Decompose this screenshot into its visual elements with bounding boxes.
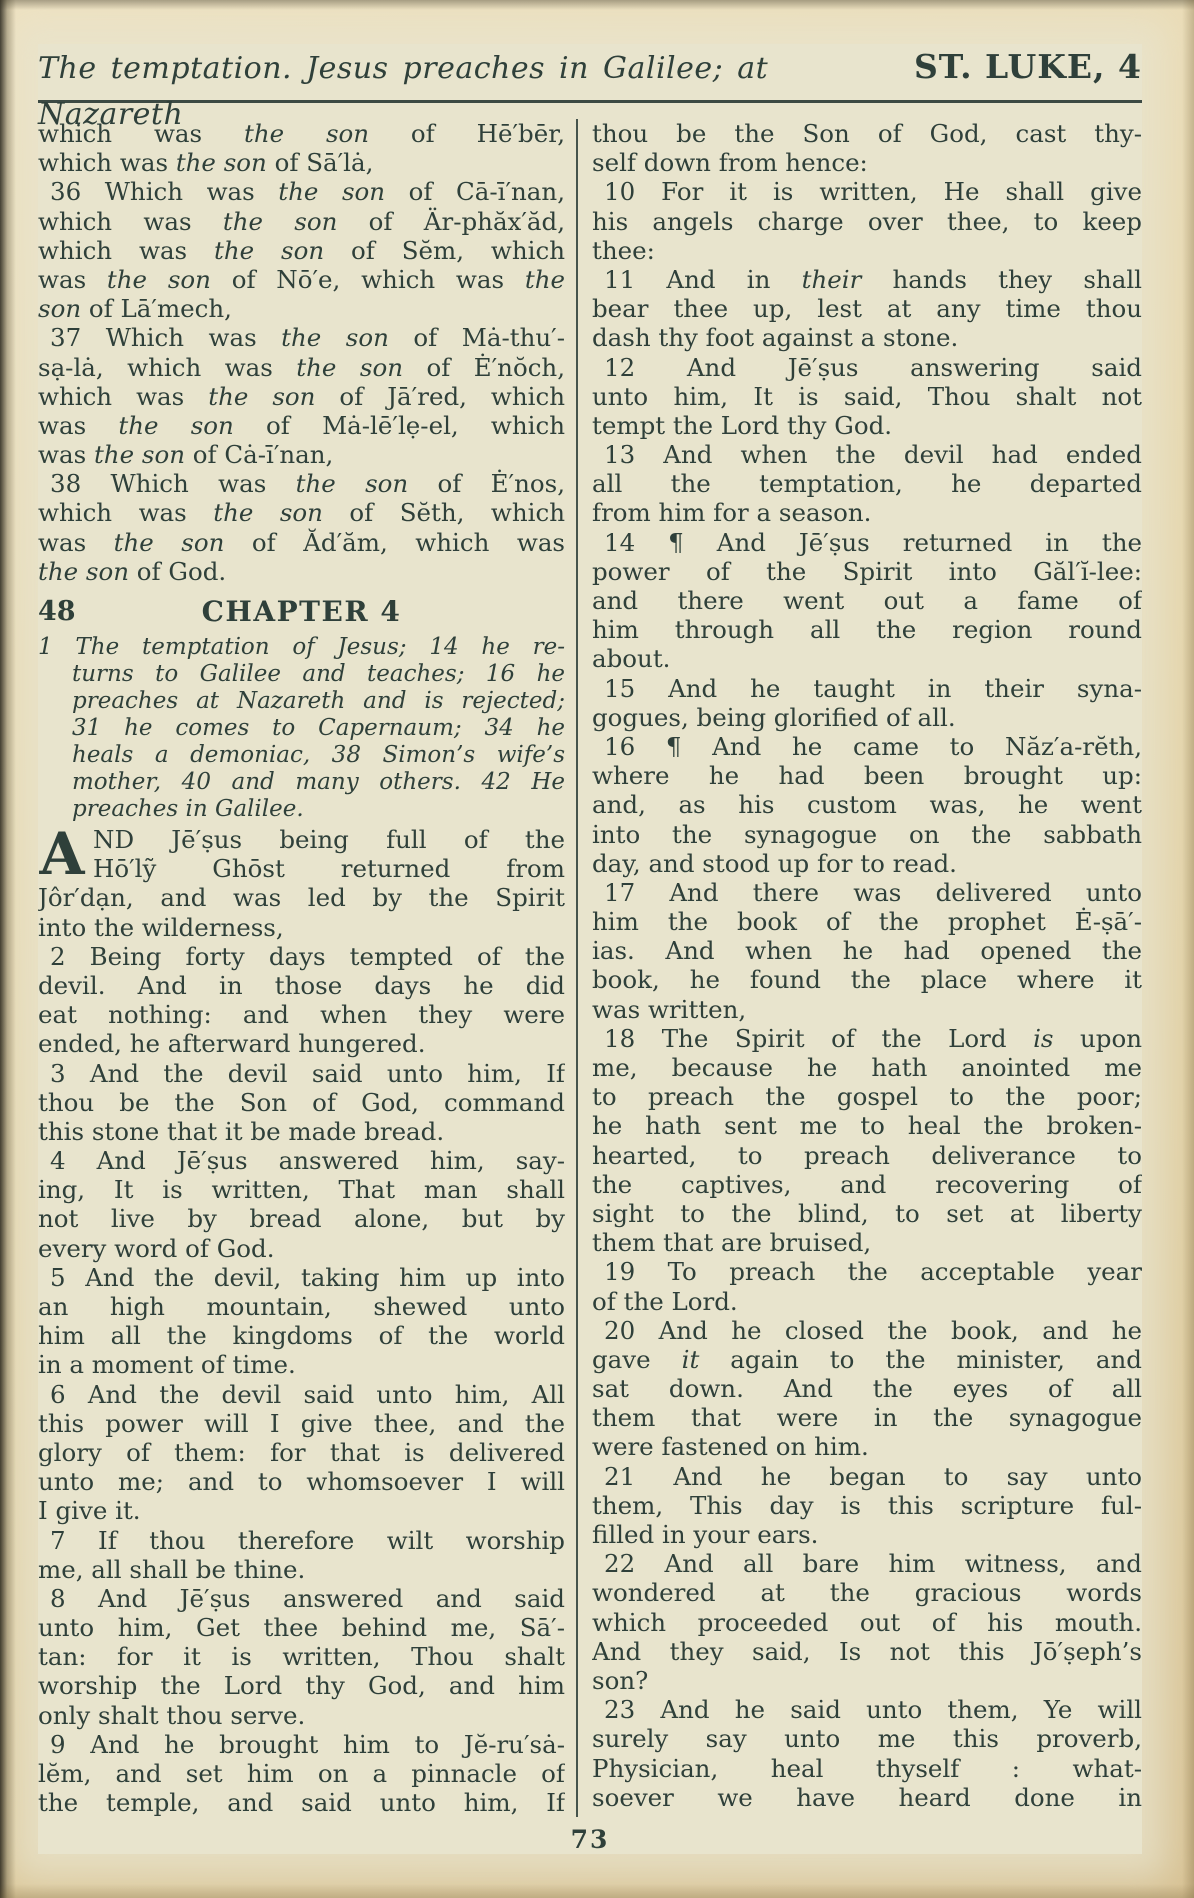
verse-text-line: 15 And he taught in their syna- [592, 674, 1142, 703]
chapter-page-marker: 48 [38, 592, 76, 632]
verse-text-line: 10 For it is written, He shall give [592, 177, 1142, 206]
verse-text-line: hearted, to preach deliverance to [592, 1141, 1142, 1170]
verse-text-line: to preach the gospel to the poor; [592, 1082, 1142, 1111]
verse-text-line: was the son of Cȧ-ī′nan, [38, 440, 565, 469]
verse-text-line: which proceeded out of his mouth. [592, 1608, 1142, 1637]
verse-text-line: 5 And the devil, taking him up into [38, 1263, 565, 1292]
verse-text-line: into the synagogue on the sabbath [592, 820, 1142, 849]
summary-line: 31 he comes to Capernaum; 34 he [38, 715, 565, 742]
verse-text-line: him the book of the prophet Ė-ṣā′- [592, 907, 1142, 936]
summary-line: preaches at Nazareth and is rejected; [38, 688, 565, 715]
verse-text-line: eat nothing: and when they were [38, 1000, 565, 1029]
verse-paragraph: 7 If thou therefore wilt worshipme, all … [38, 1526, 565, 1584]
verse-text-line: unto me; and to whomsoever I will [38, 1467, 565, 1496]
verse-text-line: Hō′lỹ Ghōst returned from [93, 854, 565, 883]
verse-text-line: surely say unto me this proverb, [592, 1724, 1142, 1753]
verse-text-line: from him for a season. [592, 498, 1142, 527]
verse-text-line: 22 And all bare him witness, and [592, 1549, 1142, 1578]
two-column-text: which was the son of Hē′bēr,which was th… [38, 119, 1142, 1817]
verse-text-line: thou be the Son of God, command [38, 1088, 565, 1117]
verse-text-line: 4 And Jē′ṣus answered him, say- [38, 1146, 565, 1175]
scanned-bible-page: The temptation. Jesus preaches in Galile… [0, 0, 1194, 1898]
verse-text-line: every word of God. [38, 1234, 565, 1263]
verse-text-line: gogues, being glorified of all. [592, 703, 1142, 732]
verse-text-line: filled in your ears. [592, 1520, 1142, 1549]
book-chapter-reference: ST. LUKE, 4 [914, 44, 1142, 90]
verse-text-line: of the Lord. [592, 1287, 1142, 1316]
verse-text-line: which was the son of Sā′lȧ, [38, 148, 565, 177]
summary-line: 1 The temptation of Jesus; 14 he re- [38, 634, 565, 661]
verse-text-line: this power will I give thee, and the [38, 1409, 565, 1438]
verse-text-line: 19 To preach the acceptable year [592, 1257, 1142, 1286]
verse-paragraph: 9 And he brought him to Jĕ-ru′sȧ-lĕm, an… [38, 1730, 565, 1818]
summary-line: preaches in Galilee. [38, 796, 565, 823]
summary-line: turns to Galilee and teaches; 16 he [38, 661, 565, 688]
verse-paragraph: 20 And he closed the book, and hegave it… [592, 1316, 1142, 1462]
verse-text-line: this stone that it be made bread. [38, 1117, 565, 1146]
verse-text-line: self down from hence: [592, 148, 1142, 177]
verse-text-line: wondered at the gracious words [592, 1578, 1142, 1607]
verse-paragraph: 21 And he began to say untothem, This da… [592, 1462, 1142, 1550]
verse-text-line: 2 Being forty days tempted of the [38, 942, 565, 971]
left-column: which was the son of Hē′bēr,which was th… [38, 119, 578, 1817]
verse-text-line: soever we have heard done in [592, 1783, 1142, 1812]
verse-text-line: book, he found the place where it [592, 965, 1142, 994]
verse-paragraph: 8 And Jē′ṣus answered and saidunto him, … [38, 1584, 565, 1730]
verse-paragraph: 37 Which was the son of Mȧ-thu′-sạ-lȧ, w… [38, 323, 565, 469]
verse-text-line: 12 And Jē′ṣus answering said [592, 353, 1142, 382]
verse-text-line: which was the son of Är-phăx′ăd, [38, 207, 565, 236]
chapter-title: CHAPTER 4 [38, 592, 565, 632]
verse-text-line: 18 The Spirit of the Lord is upon [592, 1024, 1142, 1053]
verse-text-line: dash thy foot against a stone. [592, 323, 1142, 352]
verse-text-line: unto him, It is said, Thou shalt not [592, 382, 1142, 411]
verse-text-line: him through all the region round [592, 615, 1142, 644]
verse-text-line: which was the son of Jā′red, which [38, 382, 565, 411]
verse-text-line: his angels charge over thee, to keep [592, 207, 1142, 236]
verse-text-line: son? [592, 1666, 1142, 1695]
verse-text-line: 37 Which was the son of Mȧ-thu′- [38, 323, 565, 352]
verse-text-line: 21 And he began to say unto [592, 1462, 1142, 1491]
scan-edge-left [0, 0, 16, 1898]
verse-paragraph: 38 Which was the son of Ė′nos,which was … [38, 469, 565, 586]
verse-text-line: 8 And Jē′ṣus answered and said [38, 1584, 565, 1613]
verse-text-line: 3 And the devil said unto him, If [38, 1059, 565, 1088]
verse-text-line: 14 ¶ And Jē′ṣus returned in the [592, 528, 1142, 557]
verse-text-line: 20 And he closed the book, and he [592, 1316, 1142, 1345]
verse-text-line: the son of God. [38, 557, 565, 586]
verse-text-line: I give it. [38, 1496, 565, 1525]
summary-line: mother, 40 and many others. 42 He [38, 769, 565, 796]
verse-paragraph: 15 And he taught in their syna-gogues, b… [592, 674, 1142, 732]
verse-text-line: 36 Which was the son of Cā-ī′nan, [38, 177, 565, 206]
verse-paragraph: 17 And there was delivered untohim the b… [592, 878, 1142, 1024]
verse-text-line: into the wilderness, [38, 913, 565, 942]
text-block: The temptation. Jesus preaches in Galile… [38, 44, 1142, 1854]
verse-text-line: me, because he hath anointed me [592, 1053, 1142, 1082]
verse-paragraph: 23 And he said unto them, Ye willsurely … [592, 1695, 1142, 1812]
verse-paragraph: 10 For it is written, He shall givehis a… [592, 177, 1142, 265]
verse-text-line: Jôr′dạn, and was led by the Spirit [38, 883, 565, 912]
verse-text-line: the temple, and said unto him, If [38, 1788, 565, 1817]
verse-text-line: 9 And he brought him to Jĕ-ru′sȧ- [38, 1730, 565, 1759]
verse-text-line: ias. And when he had opened the [592, 936, 1142, 965]
verse-text-line: day, and stood up for to read. [592, 849, 1142, 878]
verse-text-line: worship the Lord thy God, and him [38, 1671, 565, 1700]
verse-text-line: 7 If thou therefore wilt worship [38, 1526, 565, 1555]
verse-paragraph: 14 ¶ And Jē′ṣus returned in thepower of … [592, 528, 1142, 674]
drop-cap-letter: A [38, 827, 86, 883]
verse-text-line: them that were in the synagogue [592, 1403, 1142, 1432]
verse-text-line: 11 And in their hands they shall [592, 265, 1142, 294]
verse-text-line: son of Lā′mech, [38, 294, 565, 323]
verse-text-line: an high mountain, shewed unto [38, 1292, 565, 1321]
verse-text-line: and there went out a fame of [592, 586, 1142, 615]
verse-text-line: thee: [592, 236, 1142, 265]
verse-text-line: were fastened on him. [592, 1432, 1142, 1461]
verse-text-line: sạ-lȧ, which was the son of Ė′nŏch, [38, 353, 565, 382]
verse-text-line: ended, he afterward hungered. [38, 1029, 565, 1058]
verse-text-line: tan: for it is written, Thou shalt [38, 1642, 565, 1671]
verse-text-line: devil. And in those days he did [38, 971, 565, 1000]
scan-edge-right [1182, 0, 1194, 1898]
verse-text-line: me, all shall be thine. [38, 1555, 565, 1584]
verse-text-line: 17 And there was delivered unto [592, 878, 1142, 907]
verse-text-line: ing, It is written, That man shall [38, 1175, 565, 1204]
verse-paragraph: 19 To preach the acceptable yearof the L… [592, 1257, 1142, 1315]
verse-paragraph: AND Jē′ṣus being full of theHō′lỹ Ghōst … [38, 825, 565, 942]
verse-text-line: was the son of Nō′e, which was the [38, 265, 565, 294]
verse-text-line: glory of them: for that is delivered [38, 1438, 565, 1467]
verse-paragraph: 18 The Spirit of the Lord is uponme, bec… [592, 1024, 1142, 1258]
verse-paragraph: 5 And the devil, taking him up intoan hi… [38, 1263, 565, 1380]
verse-text-line: gave it again to the minister, and [592, 1345, 1142, 1374]
verse-text-line: was the son of Mȧ-lē′lẹ-el, which [38, 411, 565, 440]
verse-text-line: was written, [592, 995, 1142, 1024]
verse-paragraph: thou be the Son of God, cast thy-self do… [592, 119, 1142, 177]
chapter-summary: 1 The temptation of Jesus; 14 he re-turn… [38, 634, 565, 823]
chapter-heading: 48CHAPTER 4 [38, 592, 565, 632]
verse-paragraph: which was the son of Hē′bēr,which was th… [38, 119, 565, 177]
verse-text-line: sat down. And the eyes of all [592, 1374, 1142, 1403]
verse-text-line: Physician, heal thyself : what- [592, 1754, 1142, 1783]
verse-paragraph: 13 And when the devil had endedall the t… [592, 440, 1142, 528]
verse-text-line: 6 And the devil said unto him, All [38, 1380, 565, 1409]
verse-text-line: 38 Which was the son of Ė′nos, [38, 469, 565, 498]
verse-text-line: only shalt thou serve. [38, 1701, 565, 1730]
page-header: The temptation. Jesus preaches in Galile… [38, 44, 1142, 90]
verse-paragraph: 3 And the devil said unto him, Ifthou be… [38, 1059, 565, 1147]
verse-text-line: in a moment of time. [38, 1350, 565, 1379]
verse-text-line: where he had been brought up: [592, 761, 1142, 790]
verse-paragraph: 4 And Jē′ṣus answered him, say-ing, It i… [38, 1146, 565, 1263]
verse-text-line: 23 And he said unto them, Ye will [592, 1695, 1142, 1724]
summary-line: heals a demoniac, 38 Simon’s wife’s [38, 742, 565, 769]
scan-edge-bottom [0, 1884, 1194, 1898]
verse-text-line: about. [592, 644, 1142, 673]
verse-text-line: And they said, Is not this Jō′ṣeph’s [592, 1637, 1142, 1666]
verse-text-line: tempt the Lord thy God. [592, 411, 1142, 440]
page-number: 73 [38, 1825, 1142, 1854]
verse-text-line: 16 ¶ And he came to Năz′a-rĕth, [592, 732, 1142, 761]
verse-text-line: lĕm, and set him on a pinnacle of [38, 1759, 565, 1788]
verse-text-line: he hath sent me to heal the broken- [592, 1111, 1142, 1140]
verse-paragraph: 22 And all bare him witness, andwondered… [592, 1549, 1142, 1695]
verse-text-line: power of the Spirit into Găl′ĭ-lee: [592, 557, 1142, 586]
verse-text-line: all the temptation, he departed [592, 469, 1142, 498]
verse-paragraph: 11 And in their hands they shallbear the… [592, 265, 1142, 353]
verse-text-line: the captives, and recovering of [592, 1170, 1142, 1199]
verse-text-line: was the son of Ăd′ăm, which was [38, 528, 565, 557]
verse-text-line: bear thee up, lest at any time thou [592, 294, 1142, 323]
verse-text-line: not live by bread alone, but by [38, 1204, 565, 1233]
verse-paragraph: 6 And the devil said unto him, Allthis p… [38, 1380, 565, 1526]
verse-paragraph: 16 ¶ And he came to Năz′a-rĕth,where he … [592, 732, 1142, 878]
verse-text-line: and, as his custom was, he went [592, 790, 1142, 819]
verse-text-line: them that are bruised, [592, 1228, 1142, 1257]
right-column: thou be the Son of God, cast thy-self do… [578, 119, 1142, 1817]
verse-text-line: sight to the blind, to set at liberty [592, 1199, 1142, 1228]
verse-paragraph: 36 Which was the son of Cā-ī′nan,which w… [38, 177, 565, 323]
verse-text-line: unto him, Get thee behind me, Sā′- [38, 1613, 565, 1642]
verse-paragraph: 2 Being forty days tempted of thedevil. … [38, 942, 565, 1059]
verse-text-line: which was the son of Sĕth, which [38, 498, 565, 527]
verse-paragraph: 12 And Jē′ṣus answering saidunto him, It… [592, 353, 1142, 441]
verse-text-line: which was the son of Hē′bēr, [38, 119, 565, 148]
scan-edge-top [0, 0, 1194, 10]
verse-text-line: which was the son of Sĕm, which [38, 236, 565, 265]
verse-text-line: ND Jē′ṣus being full of the [93, 825, 565, 854]
verse-text-line: 13 And when the devil had ended [592, 440, 1142, 469]
verse-text-line: thou be the Son of God, cast thy- [592, 119, 1142, 148]
verse-text-line: him all the kingdoms of the world [38, 1321, 565, 1350]
verse-text-line: them, This day is this scripture ful- [592, 1491, 1142, 1520]
